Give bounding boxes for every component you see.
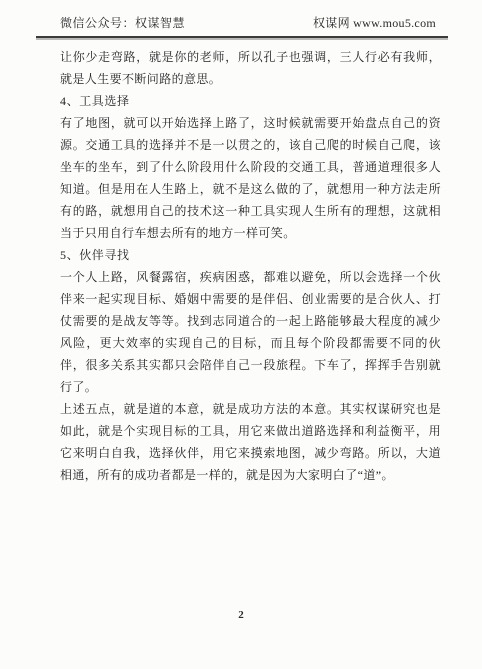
section-paragraph-4: 有了地图，就可以开始选择上路了，这时候就需要开始盘点自己的资源。交通工具的选择并…: [60, 112, 441, 244]
page-number: 2: [238, 609, 244, 621]
section-heading-4: 4、工具选择: [60, 90, 441, 112]
header-left-text: 微信公众号：权谋智慧: [60, 14, 185, 31]
closing-paragraph: 上述五点，就是道的本意，就是成功方法的本意。其实权谋研究也是如此，就是个实现目标…: [60, 398, 441, 486]
section-heading-5: 5、伙伴寻找: [60, 244, 441, 266]
page-footer: 2: [0, 605, 482, 623]
document-body: 让你少走弯路，就是你的老师，所以孔子也强调，三人行必有我师，就是人生要不断问路的…: [60, 46, 441, 486]
header-row: 微信公众号：权谋智慧 权谋网 www.mou5.com: [36, 14, 448, 36]
page-header: 微信公众号：权谋智慧 权谋网 www.mou5.com: [36, 14, 448, 38]
header-divider: [36, 36, 448, 38]
section-paragraph-5: 一个人上路，风餐露宿，疾病困惑，都难以避免，所以会选择一个伙伴来一起实现目标、婚…: [60, 266, 441, 398]
paragraph-continuation: 让你少走弯路，就是你的老师，所以孔子也强调，三人行必有我师，就是人生要不断问路的…: [60, 46, 441, 90]
header-right-text: 权谋网 www.mou5.com: [313, 14, 436, 31]
document-page: 微信公众号：权谋智慧 权谋网 www.mou5.com 让你少走弯路，就是你的老…: [0, 0, 482, 669]
